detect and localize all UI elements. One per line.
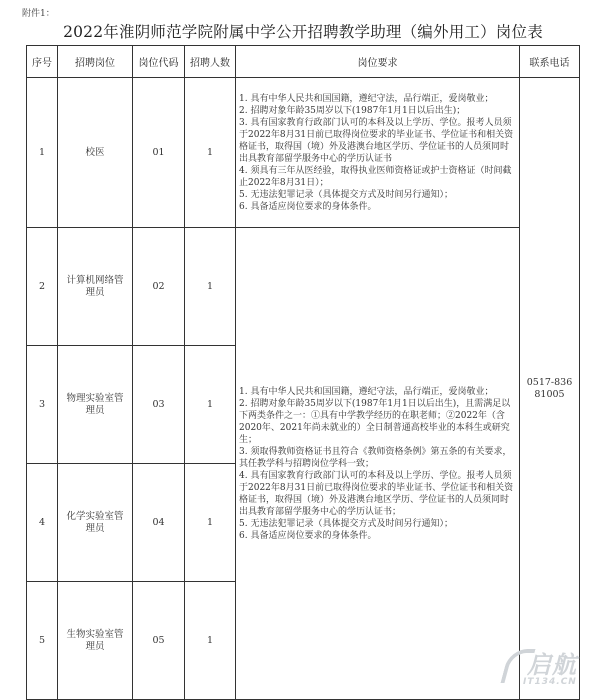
requirement-item: 6. 具备适应岗位要求的身体条件。 <box>239 201 516 213</box>
watermark-url: IT134.CN <box>523 677 577 687</box>
table-row: 2 计算机网络管理员 02 1 1. 具有中华人民共和国国籍，遵纪守法，品行端正… <box>27 228 580 346</box>
cell-no: 1 <box>27 78 58 228</box>
requirement-item: 2. 招聘对象年龄35周岁以下(1987年1月1日以后出生)； <box>239 105 516 117</box>
requirement-item: 3. 须取得教师资格证书且符合《教师资格条例》第五条的有关要求，其任教学科与招聘… <box>239 446 516 470</box>
requirement-item: 1. 具有中华人民共和国国籍，遵纪守法，品行端正，爱岗敬业； <box>239 386 516 398</box>
job-positions-table: 序号 招聘岗位 岗位代码 招聘人数 岗位要求 联系电话 1 校医 01 1 1.… <box>26 45 580 700</box>
cell-code: 05 <box>133 582 185 700</box>
cell-requirements-doctor: 1. 具有中华人民共和国国籍，遵纪守法，品行端正，爱岗敬业； 2. 招聘对象年龄… <box>236 78 520 228</box>
cell-count: 1 <box>185 464 236 582</box>
cell-no: 4 <box>27 464 58 582</box>
cell-count: 1 <box>185 78 236 228</box>
attachment-label: 附件1： <box>22 6 55 19</box>
table-header-row: 序号 招聘岗位 岗位代码 招聘人数 岗位要求 联系电话 <box>27 46 580 78</box>
watermark: 启航 IT134.CN <box>505 645 600 695</box>
requirement-item: 5. 无违法犯罪记录（具体提交方式及时间另行通知）； <box>239 189 516 201</box>
header-position: 招聘岗位 <box>58 46 133 78</box>
header-phone: 联系电话 <box>520 46 580 78</box>
watermark-logo: 启航 <box>527 645 577 680</box>
header-requirements: 岗位要求 <box>236 46 520 78</box>
cell-code: 01 <box>133 78 185 228</box>
requirement-item: 6. 具备适应岗位要求的身体条件。 <box>239 530 516 542</box>
header-count: 招聘人数 <box>185 46 236 78</box>
requirement-item: 5. 无违法犯罪记录（具体提交方式及时间另行通知）； <box>239 518 516 530</box>
requirement-item: 2. 招聘对象年龄35周岁以下(1987年1月1日以后出生)，且需满足以下两类条… <box>239 398 516 446</box>
cell-count: 1 <box>185 346 236 464</box>
cell-position: 化学实验室管理员 <box>58 464 133 582</box>
cell-position: 生物实验室管理员 <box>58 582 133 700</box>
requirement-item: 1. 具有中华人民共和国国籍，遵纪守法，品行端正，爱岗敬业； <box>239 93 516 105</box>
cell-code: 03 <box>133 346 185 464</box>
cell-position: 计算机网络管理员 <box>58 228 133 346</box>
cell-no: 3 <box>27 346 58 464</box>
cell-position: 物理实验室管理员 <box>58 346 133 464</box>
cell-requirements-shared: 1. 具有中华人民共和国国籍，遵纪守法，品行端正，爱岗敬业； 2. 招聘对象年龄… <box>236 228 520 700</box>
cell-phone: 0517-83681005 <box>520 78 580 700</box>
cell-count: 1 <box>185 582 236 700</box>
cell-no: 2 <box>27 228 58 346</box>
requirement-item: 4. 具有国家教育行政部门认可的本科及以上学历、学位。报考人员须于2022年8月… <box>239 470 516 518</box>
document-title: 2022年淮阴师范学院附属中学公开招聘教学助理（编外用工）岗位表 <box>0 20 606 42</box>
requirement-item: 4. 须具有三年从医经验，取得执业医师资格证或护士资格证（时间截止2022年8月… <box>239 165 516 189</box>
cell-count: 1 <box>185 228 236 346</box>
cell-no: 5 <box>27 582 58 700</box>
header-no: 序号 <box>27 46 58 78</box>
table-row: 1 校医 01 1 1. 具有中华人民共和国国籍，遵纪守法，品行端正，爱岗敬业；… <box>27 78 580 228</box>
cell-code: 04 <box>133 464 185 582</box>
cell-code: 02 <box>133 228 185 346</box>
header-code: 岗位代码 <box>133 46 185 78</box>
cell-position: 校医 <box>58 78 133 228</box>
requirement-item: 3. 具有国家教育行政部门认可的本科及以上学历、学位。报考人员须于2022年8月… <box>239 117 516 165</box>
